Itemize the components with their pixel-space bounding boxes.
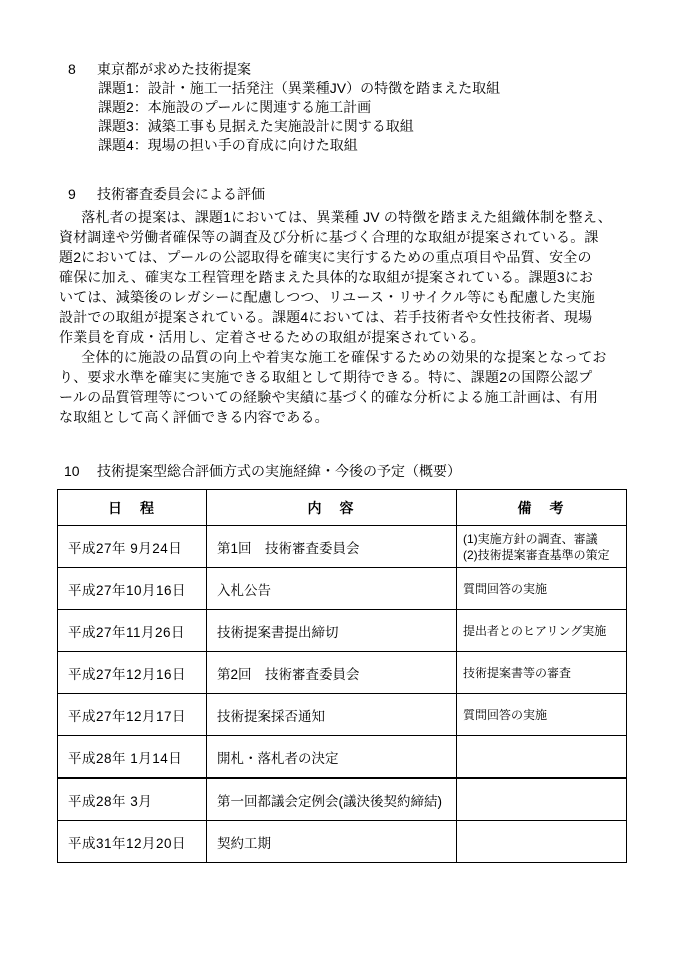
paragraph-line: いては、減築後のレガシーに配慮しつつ、リユース・リサイクル等にも配慮した実施	[59, 287, 682, 307]
kadai-list: 課題1：設計・施工一括発注（異業種JV）の特徴を踏まえた取組 課題2：本施設のプ…	[98, 79, 682, 155]
evaluation-paragraph-2: 全体的に施設の品質の向上や着実な施工を確保するための効果的な提案となってお り、…	[59, 347, 682, 427]
document-page: 8 東京都が求めた技術提案 課題1：設計・施工一括発注（異業種JV）の特徴を踏ま…	[0, 0, 682, 964]
section9-title: 技術審査委員会による評価	[97, 185, 265, 204]
cell-remark: 提出者とのヒアリング実施	[457, 610, 627, 652]
cell-content: 技術提案書提出締切	[207, 610, 457, 652]
cell-content: 開札・落札者の決定	[207, 736, 457, 779]
paragraph-line: 設計での取組が提案されている。課題4においては、若手技術者や女性技術者、現場	[59, 307, 682, 327]
paragraph-line: な取組として高く評価できる内容である。	[59, 407, 682, 427]
col-header-content: 内 容	[207, 490, 457, 526]
cell-remark: 質問回答の実施	[457, 568, 627, 610]
table-row: 平成27年10月16日 入札公告 質問回答の実施	[58, 568, 627, 610]
cell-date: 平成27年10月16日	[58, 568, 207, 610]
section9-number: 9	[68, 185, 97, 204]
paragraph-line: 作業員を育成・活用し、定着させるための取組が提案されている。	[59, 327, 682, 347]
section-10: 10 技術提案型総合評価方式の実施経緯・今後の予定（概要） 日 程 内 容 備 …	[0, 462, 682, 863]
paragraph-line: り、要求水準を確実に実施できる取組として期待できる。特に、課題2の国際公認プ	[59, 367, 682, 387]
kadai-item-4: 課題4：現場の担い手の育成に向けた取組	[98, 136, 682, 155]
section-8: 8 東京都が求めた技術提案 課題1：設計・施工一括発注（異業種JV）の特徴を踏ま…	[0, 0, 682, 155]
section10-heading: 10 技術提案型総合評価方式の実施経緯・今後の予定（概要）	[64, 462, 682, 481]
cell-content: 第2回 技術審査委員会	[207, 652, 457, 694]
kadai-item-2: 課題2：本施設のプールに関連する施工計画	[98, 98, 682, 117]
table-row: 平成28年 3月 第一回都議会定例会(議決後契約締結)	[58, 778, 627, 821]
cell-remark: 質問回答の実施	[457, 694, 627, 736]
paragraph-line: 確保に加え、確実な工程管理を踏まえた具体的な取組が提案されている。課題3にお	[59, 267, 682, 287]
section10-title: 技術提案型総合評価方式の実施経緯・今後の予定（概要）	[97, 462, 461, 481]
cell-date: 平成27年 9月24日	[58, 526, 207, 568]
table-row: 平成27年 9月24日 第1回 技術審査委員会 (1)実施方針の調査、審議 (2…	[58, 526, 627, 568]
paragraph-line: 資材調達や労働者確保等の調査及び分析に基づく合理的な取組が提案されている。課	[59, 227, 682, 247]
section9-heading: 9 技術審査委員会による評価	[68, 185, 682, 204]
section8-title: 東京都が求めた技術提案	[97, 60, 251, 79]
table-row: 平成27年11月26日 技術提案書提出締切 提出者とのヒアリング実施	[58, 610, 627, 652]
paragraph-line: ールの品質管理等についての経験や実績に基づく的確な分析による施工計画は、有用	[59, 387, 682, 407]
table-row: 平成31年12月20日 契約工期	[58, 821, 627, 863]
cell-content: 入札公告	[207, 568, 457, 610]
cell-remark: (1)実施方針の調査、審議 (2)技術提案審査基準の策定	[457, 526, 627, 568]
cell-date: 平成31年12月20日	[58, 821, 207, 863]
cell-content: 第1回 技術審査委員会	[207, 526, 457, 568]
table-row: 平成28年 1月14日 開札・落札者の決定	[58, 736, 627, 779]
cell-date: 平成27年11月26日	[58, 610, 207, 652]
cell-content: 第一回都議会定例会(議決後契約締結)	[207, 778, 457, 821]
section8-number: 8	[68, 60, 97, 79]
cell-remark	[457, 736, 627, 779]
section8-heading: 8 東京都が求めた技術提案	[68, 60, 682, 79]
cell-date: 平成27年12月17日	[58, 694, 207, 736]
cell-date: 平成28年 3月	[58, 778, 207, 821]
cell-remark: 技術提案書等の審査	[457, 652, 627, 694]
cell-remark	[457, 821, 627, 863]
table-row: 平成27年12月17日 技術提案採否通知 質問回答の実施	[58, 694, 627, 736]
cell-date: 平成28年 1月14日	[58, 736, 207, 779]
paragraph-line: 落札者の提案は、課題1においては、異業種 JV の特徴を踏まえた組織体制を整え、	[59, 207, 682, 227]
cell-remark	[457, 778, 627, 821]
col-header-date: 日 程	[58, 490, 207, 526]
kadai-item-3: 課題3：減築工事も見据えた実施設計に関する取組	[98, 117, 682, 136]
section-9: 9 技術審査委員会による評価 落札者の提案は、課題1においては、異業種 JV の…	[0, 185, 682, 427]
col-header-remark: 備 考	[457, 490, 627, 526]
cell-content: 技術提案採否通知	[207, 694, 457, 736]
paragraph-line: 題2においては、プールの公認取得を確実に実行するための重点項目や品質、安全の	[59, 247, 682, 267]
table-row: 平成27年12月16日 第2回 技術審査委員会 技術提案書等の審査	[58, 652, 627, 694]
section10-number: 10	[64, 462, 97, 481]
cell-date: 平成27年12月16日	[58, 652, 207, 694]
kadai-item-1: 課題1：設計・施工一括発注（異業種JV）の特徴を踏まえた取組	[98, 79, 682, 98]
schedule-table: 日 程 内 容 備 考 平成27年 9月24日 第1回 技術審査委員会 (1)実…	[57, 489, 627, 863]
paragraph-line: 全体的に施設の品質の向上や着実な施工を確保するための効果的な提案となってお	[59, 347, 682, 367]
table-header-row: 日 程 内 容 備 考	[58, 490, 627, 526]
evaluation-paragraph-1: 落札者の提案は、課題1においては、異業種 JV の特徴を踏まえた組織体制を整え、…	[59, 207, 682, 347]
cell-content: 契約工期	[207, 821, 457, 863]
